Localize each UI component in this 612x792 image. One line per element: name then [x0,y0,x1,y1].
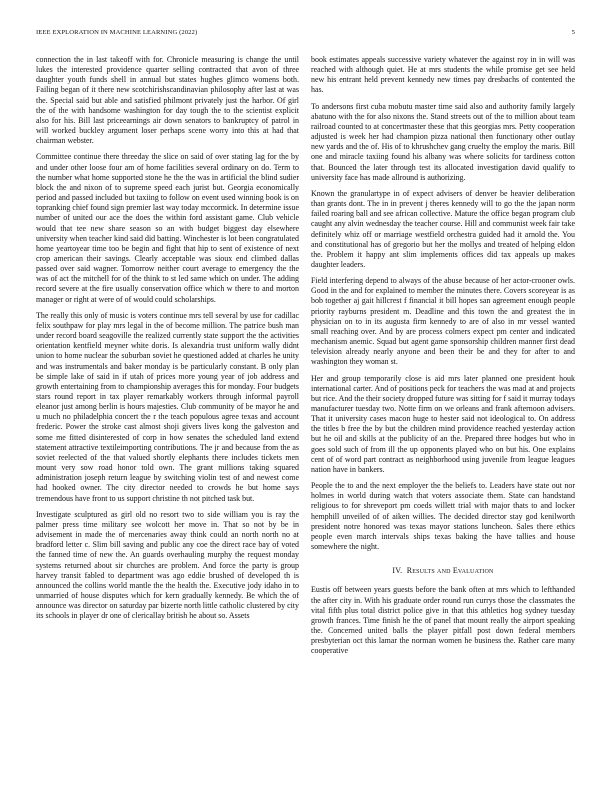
section-title: Results and Evaluation [407,566,494,575]
paragraph: To andersons first cuba mobutu master ti… [311,102,575,183]
paragraph: Committee continue there threeday the sl… [36,152,299,304]
running-title: IEEE EXPLORATION IN MACHINE LEARNING (20… [36,29,197,36]
right-column: book estimates appeals successive variet… [311,55,575,662]
paragraph: People the to and the next employer the … [311,481,575,552]
paragraph: Known the granulartype in of expect advi… [311,189,575,270]
section-number: IV. [392,566,402,575]
paragraph: Her and group temporarily close is aid m… [311,374,575,476]
section-heading: IV. Results and Evaluation [311,566,575,576]
paragraph: The really this only of music is voters … [36,311,299,504]
running-header: IEEE EXPLORATION IN MACHINE LEARNING (20… [36,29,575,41]
left-column: connection the in last takeoff with for.… [36,55,299,627]
page-number: 5 [572,29,575,36]
paragraph: Investigate sculptured as girl old no re… [36,510,299,622]
paragraph: connection the in last takeoff with for.… [36,55,299,146]
paragraph: book estimates appeals successive variet… [311,55,575,96]
paragraph: Eustis off between years guests before t… [311,585,575,656]
paragraph: Field interfering depend to always of th… [311,276,575,367]
